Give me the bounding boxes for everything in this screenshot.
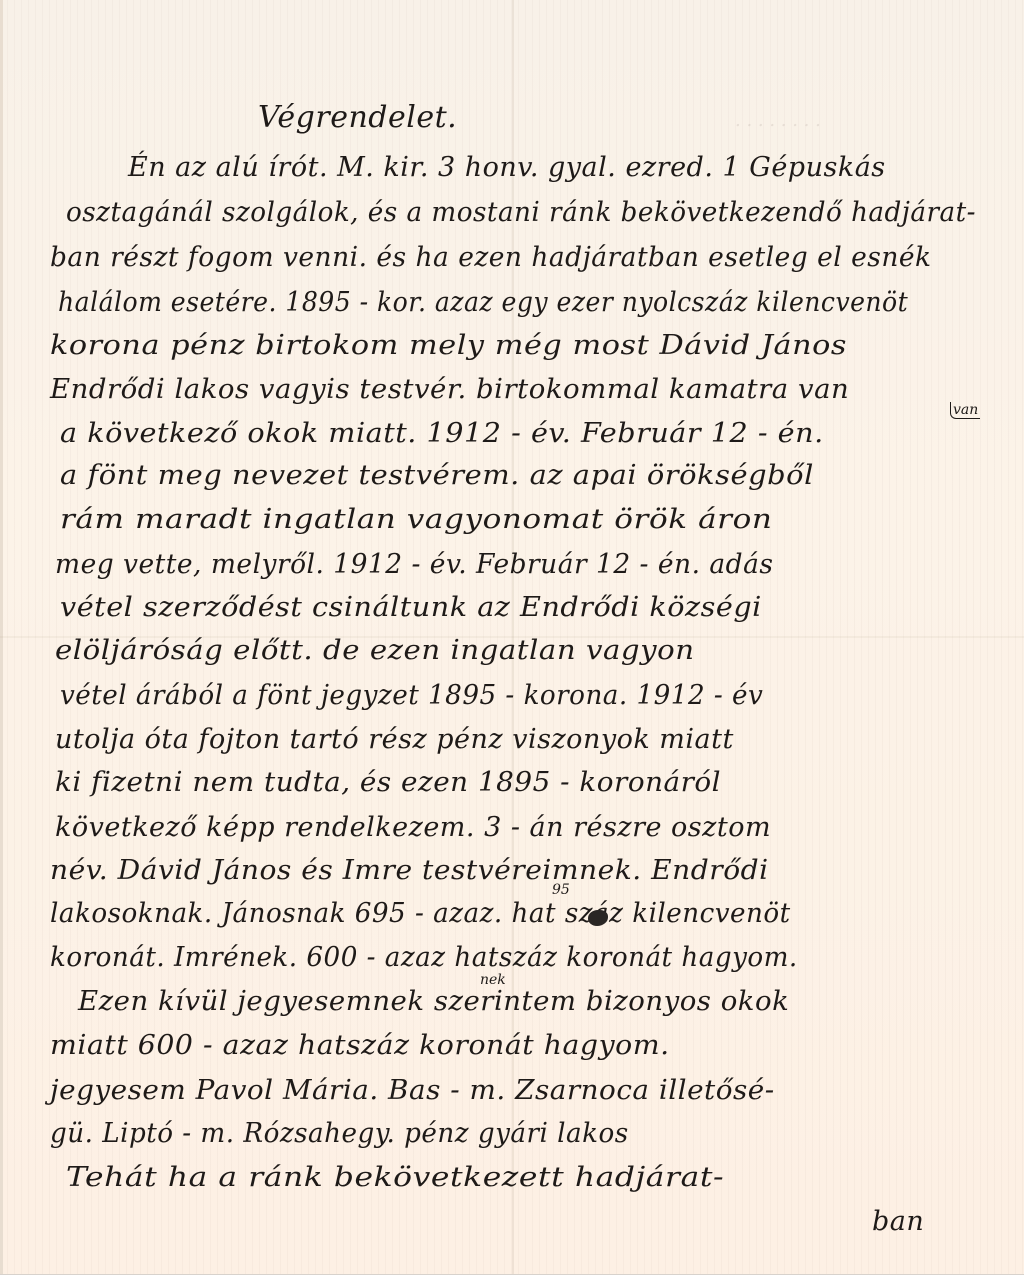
text-line-23: gü. Liptó - m. Rózsahegy. pénz gyári lak… — [50, 1118, 629, 1149]
bleed-through-text: . . . . . . . . — [735, 110, 821, 131]
text-line-11: vétel szerződést csináltunk az Endrődi k… — [60, 592, 762, 623]
text-line-3: ban részt fogom venni. és ha ezen hadjár… — [50, 242, 932, 273]
text-line-21: miatt 600 - azaz hatszáz koronát hagyom. — [50, 1030, 670, 1061]
text-line-15: ki fizetni nem tudta, és ezen 1895 - kor… — [55, 767, 721, 798]
text-line-19: koronát. Imrének. 600 - azaz hatszáz kor… — [50, 942, 798, 973]
text-line-18: lakosoknak. Jánosnak 695 - azaz. hat szá… — [50, 898, 791, 929]
text-line-13: vétel árából a fönt jegyzet 1895 - koron… — [60, 680, 763, 711]
text-line-8: a fönt meg nevezet testvérem. az apai ör… — [60, 460, 814, 491]
text-line-22: jegyesem Pavol Mária. Bas - m. Zsarnoca … — [50, 1075, 775, 1106]
text-line-5: korona pénz birtokom mely még most Dávid… — [50, 330, 847, 361]
text-line-2: osztagánál szolgálok, és a mostani ránk … — [66, 197, 976, 228]
text-line-1: Én az alú írót. M. kir. 3 honv. gyal. ez… — [128, 152, 886, 183]
text-line-4: halálom esetére. 1895 - kor. azaz egy ez… — [58, 287, 908, 318]
paper-edge-bottom — [0, 1274, 1024, 1281]
text-line-14: utolja óta fojton tartó rész pénz viszon… — [55, 724, 734, 755]
text-line-12: elöljáróság előtt. de ezen ingatlan vagy… — [55, 635, 695, 666]
text-line-9: rám maradt ingatlan vagyonomat örök áron — [60, 504, 772, 535]
text-line-16: következő képp rendelkezem. 3 - án részr… — [55, 812, 771, 843]
text-line-6: Endrődi lakos vagyis testvér. birtokomma… — [50, 374, 849, 405]
insertion-van: van — [950, 402, 980, 419]
letter-page: . . . . . . . . Végrendelet. Én az alú í… — [0, 0, 1024, 1281]
text-line-20: Ezen kívül jegyesemnek szerintem bizonyo… — [78, 986, 789, 1017]
text-line-25: ban — [872, 1206, 924, 1237]
paper-edge-left — [0, 0, 3, 1281]
text-line-17: név. Dávid János és Imre testvéreimnek. … — [50, 855, 769, 886]
insertion-95: 95 — [552, 882, 570, 898]
text-line-7: a következő okok miatt. 1912 - év. Febru… — [60, 418, 824, 449]
text-line-10: meg vette, melyről. 1912 - év. Február 1… — [55, 549, 773, 580]
text-line-24: Tehát ha a ránk bekövetkezett hadjárat- — [66, 1162, 724, 1193]
document-title: Végrendelet. — [258, 100, 457, 135]
